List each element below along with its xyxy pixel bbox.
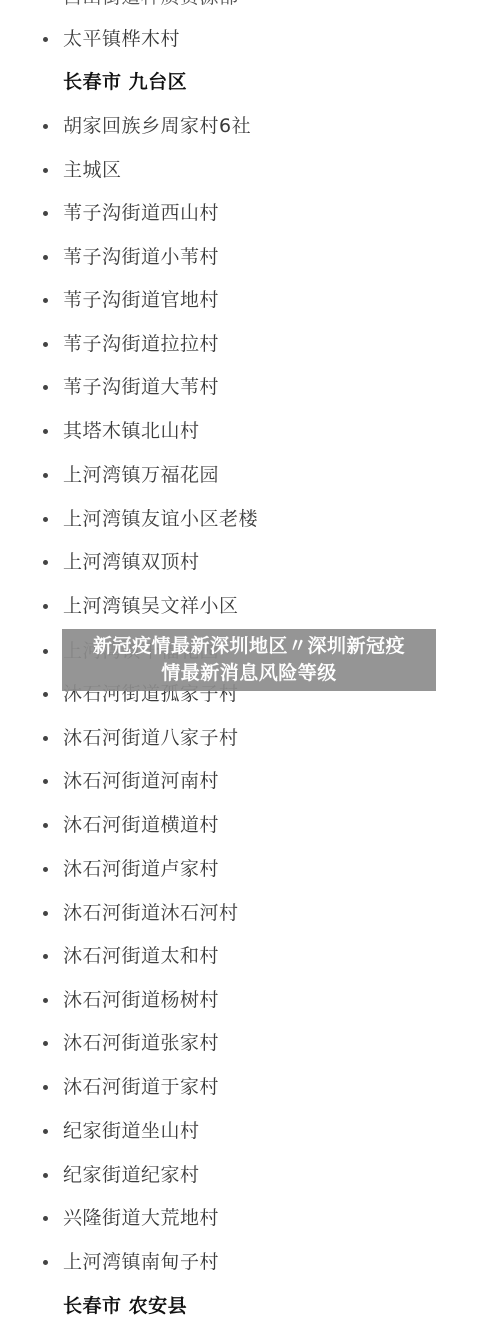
bullet-icon xyxy=(43,649,48,654)
list-item-text: 沐石河街道张家村 xyxy=(63,1030,219,1056)
bullet-icon xyxy=(43,385,48,390)
list-item-text: 沐石河街道卢家村 xyxy=(63,856,219,882)
bullet-icon xyxy=(43,1129,48,1134)
bullet-icon xyxy=(43,473,48,478)
section-heading-text: 长春市 农安县 xyxy=(63,1293,187,1319)
bullet-icon xyxy=(43,517,48,522)
bullet-icon xyxy=(43,779,48,784)
list-item: 主城区 xyxy=(0,155,500,185)
list-item-text: 苇子沟街道拉拉村 xyxy=(63,331,219,357)
section-heading-text: 长春市 九台区 xyxy=(63,69,187,95)
list-item-text: 上河湾镇吴文祥小区 xyxy=(63,593,239,619)
list-item: 太平镇桦木村 xyxy=(0,24,500,54)
list-item: 纪家街道纪家村 xyxy=(0,1160,500,1190)
bullet-icon xyxy=(43,211,48,216)
list-item-text: 胡家回族乡周家村6社 xyxy=(63,113,251,139)
list-item: 上河湾镇友谊小区老楼 xyxy=(0,504,500,534)
list-item-text: 兴隆街道大荒地村 xyxy=(63,1205,219,1231)
section-heading: 长春市 九台区 xyxy=(0,67,500,97)
bullet-icon xyxy=(43,1041,48,1046)
list-item: 兴隆街道大荒地村 xyxy=(0,1203,500,1233)
bullet-icon xyxy=(43,168,48,173)
bullet-icon xyxy=(43,1260,48,1265)
list-item: 沐石河街道沐石河村 xyxy=(0,898,500,928)
list-item: 上河湾镇吴文祥小区 xyxy=(0,591,500,621)
list-item: 苇子沟街道官地村 xyxy=(0,285,500,315)
list-item: 苇子沟街道拉拉村 xyxy=(0,329,500,359)
list-item: 上河湾镇万福花园 xyxy=(0,460,500,490)
bullet-icon xyxy=(43,911,48,916)
bullet-icon xyxy=(43,37,48,42)
list-item-text: 主城区 xyxy=(63,157,122,183)
list-item: 苇子沟街道小苇村 xyxy=(0,242,500,272)
list-item-text: 苇子沟街道西山村 xyxy=(63,200,219,226)
list-item-text: 沐石河街道沐石河村 xyxy=(63,900,239,926)
list-item-text: 太平镇桦木村 xyxy=(63,26,180,52)
list-item: 其塔木镇北山村 xyxy=(0,416,500,446)
list-item-text: 纪家街道坐山村 xyxy=(63,1118,200,1144)
overlay-title-line-1: 新冠疫情最新深圳地区〃深圳新冠疫 xyxy=(70,633,428,660)
bullet-icon xyxy=(43,298,48,303)
list-item: 胡家回族乡周家村6社 xyxy=(0,111,500,141)
list-item: 沐石河街道八家子村 xyxy=(0,723,500,753)
list-item-text: 沐石河街道横道村 xyxy=(63,812,219,838)
list-item-text: 沐石河街道太和村 xyxy=(63,943,219,969)
list-item: 沐石河街道太和村 xyxy=(0,941,500,971)
bullet-icon xyxy=(43,867,48,872)
bullet-icon xyxy=(43,1173,48,1178)
list-item-text: 其塔木镇北山村 xyxy=(63,418,200,444)
bullet-icon xyxy=(43,692,48,697)
list-item-text: 上河湾镇双顶村 xyxy=(63,549,200,575)
list-item: 上河湾镇南甸子村 xyxy=(0,1247,500,1277)
list-item-text: 上河湾镇友谊小区老楼 xyxy=(63,506,258,532)
list-item-text: 沐石河街道河南村 xyxy=(63,768,219,794)
list-item: 纪家街道坐山村 xyxy=(0,1116,500,1146)
list-item-text: 上河湾镇南甸子村 xyxy=(63,1249,219,1275)
list-item-text: 苇子沟街道官地村 xyxy=(63,287,219,313)
list-item-text: 纪家街道纪家村 xyxy=(63,1162,200,1188)
list-item: 沐石河街道卢家村 xyxy=(0,854,500,884)
overlay-title-line-2: 情最新消息风险等级 xyxy=(70,660,428,687)
bullet-icon xyxy=(43,823,48,828)
list-item-text: 沐石河街道于家村 xyxy=(63,1074,219,1100)
bullet-icon xyxy=(43,429,48,434)
list-item-text: 苇子沟街道小苇村 xyxy=(63,244,219,270)
list-item-text: 苇子沟街道大苇村 xyxy=(63,374,219,400)
section-heading: 长春市 农安县 xyxy=(0,1291,500,1321)
bullet-icon xyxy=(43,954,48,959)
bullet-icon xyxy=(43,1216,48,1221)
bullet-icon xyxy=(43,342,48,347)
list-item-text: 上河湾镇万福花园 xyxy=(63,462,219,488)
list-item-text: 沐石河街道杨树村 xyxy=(63,987,219,1013)
bullet-icon xyxy=(43,998,48,1003)
list-item: 沐石河街道河南村 xyxy=(0,766,500,796)
list-item: 沐石河街道杨树村 xyxy=(0,985,500,1015)
list-item: 沐石河街道张家村 xyxy=(0,1028,500,1058)
list-item: 上河湾镇双顶村 xyxy=(0,547,500,577)
title-overlay-banner: 新冠疫情最新深圳地区〃深圳新冠疫 情最新消息风险等级 xyxy=(62,629,436,691)
list-item: 沐石河街道横道村 xyxy=(0,810,500,840)
list-item: 沐石河街道于家村 xyxy=(0,1072,500,1102)
bullet-icon xyxy=(43,604,48,609)
list-item-text: 沐石河街道八家子村 xyxy=(63,725,239,751)
bullet-icon xyxy=(43,255,48,260)
list-item: 苇子沟街道西山村 xyxy=(0,198,500,228)
list-item: 苇子沟街道大苇村 xyxy=(0,372,500,402)
list-item-text: 白山街道种质资源部 xyxy=(63,0,239,10)
bullet-icon xyxy=(43,736,48,741)
bullet-icon xyxy=(43,1085,48,1090)
bullet-icon xyxy=(43,560,48,565)
bullet-icon xyxy=(43,124,48,129)
